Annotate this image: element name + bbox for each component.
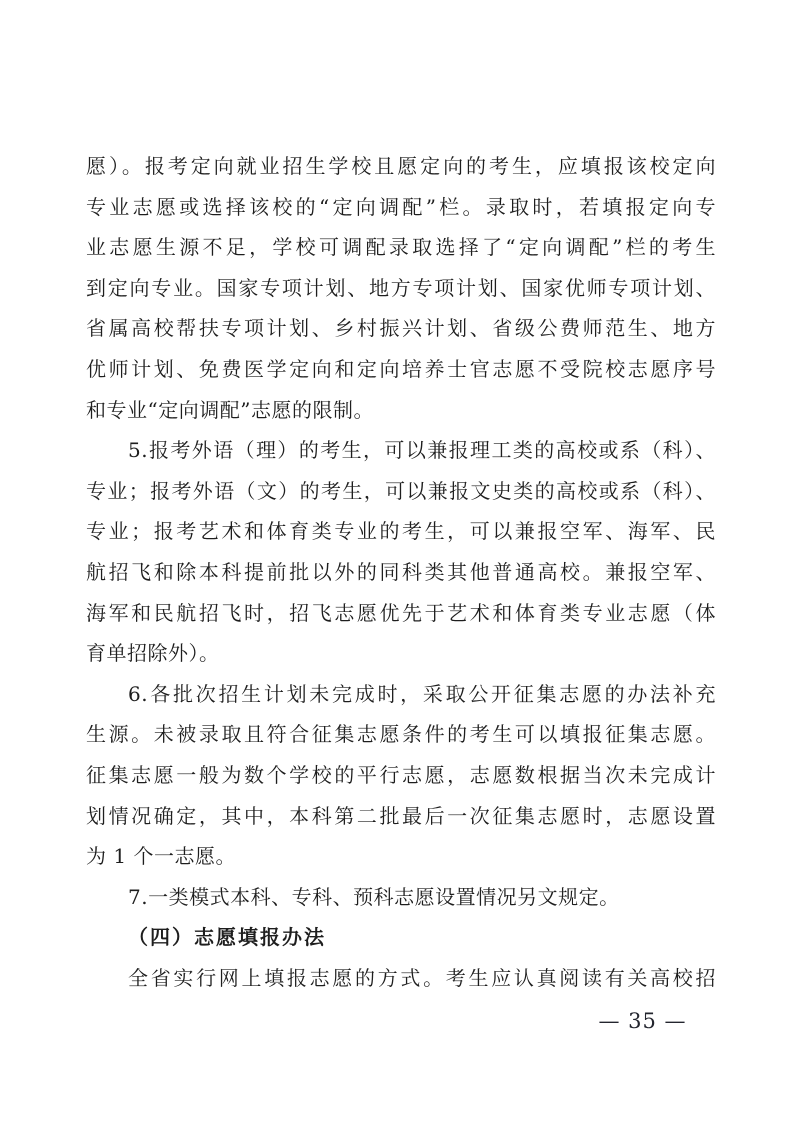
text-line: 生源。未被录取且符合征集志愿条件的考生可以填报征集志愿。 (86, 714, 716, 755)
document-body: 愿）。报考定向就业招生学校且愿定向的考生，应填报该校定向专业志愿或选择该校的“定… (86, 146, 716, 998)
text-line: 海军和民航招飞时，招飞志愿优先于艺术和体育类专业志愿（体 (86, 593, 716, 634)
text-line: 征集志愿一般为数个学校的平行志愿，志愿数根据当次未完成计 (86, 755, 716, 796)
text-line: 6.各批次招生计划未完成时，采取公开征集志愿的办法补充 (86, 674, 716, 715)
text-line: 5.报考外语（理）的考生，可以兼报理工类的高校或系（科）、 (86, 430, 716, 471)
text-line: 为 1 个一志愿。 (86, 836, 716, 877)
text-line: 和专业“定向调配”志愿的限制。 (86, 390, 716, 431)
text-line: 到定向专业。国家专项计划、地方专项计划、国家优师专项计划、 (86, 268, 716, 309)
text-line: 专业；报考外语（文）的考生，可以兼报文史类的高校或系（科）、 (86, 471, 716, 512)
text-line: 愿）。报考定向就业招生学校且愿定向的考生，应填报该校定向 (86, 146, 716, 187)
text-line: 优师计划、免费医学定向和定向培养士官志愿不受院校志愿序号 (86, 349, 716, 390)
text-line: 划情况确定，其中，本科第二批最后一次征集志愿时，志愿设置 (86, 796, 716, 837)
text-line: 育单招除外）。 (86, 633, 716, 674)
document-page: 愿）。报考定向就业招生学校且愿定向的考生，应填报该校定向专业志愿或选择该校的“定… (0, 0, 800, 1131)
text-line: 专业；报考艺术和体育类专业的考生，可以兼报空军、海军、民 (86, 511, 716, 552)
text-line: 航招飞和除本科提前批以外的同科类其他普通高校。兼报空军、 (86, 552, 716, 593)
text-line: 专业志愿或选择该校的“定向调配”栏。录取时，若填报定向专 (86, 187, 716, 228)
text-line: 省属高校帮扶专项计划、乡村振兴计划、省级公费师范生、地方 (86, 308, 716, 349)
text-line: 7.一类模式本科、专科、预科志愿设置情况另文规定。 (86, 877, 716, 918)
text-line: 业志愿生源不足，学校可调配录取选择了“定向调配”栏的考生 (86, 227, 716, 268)
text-line: （四）志愿填报办法 (86, 917, 716, 958)
text-line: 全省实行网上填报志愿的方式。考生应认真阅读有关高校招 (86, 958, 716, 999)
page-number: — 35 — (560, 1006, 725, 1036)
